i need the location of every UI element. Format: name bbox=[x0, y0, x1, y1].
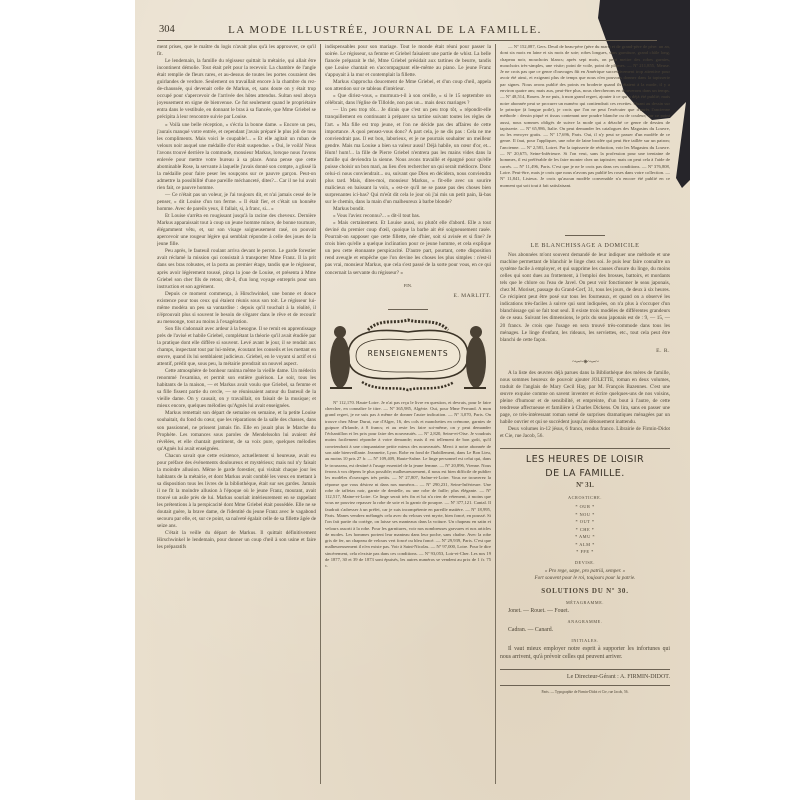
story-paragraph: Depuis ce moment commença, à Hirschwinke… bbox=[157, 291, 316, 326]
devise-french: Fort souvent pour le roi, toujours pour … bbox=[500, 575, 670, 582]
acrostiche-row: * OUT * bbox=[500, 518, 670, 526]
printer-imprint: Paris. — Typographie de Firmin-Didot et … bbox=[500, 689, 670, 696]
story-paragraph: Markus bondit. bbox=[325, 206, 491, 213]
renseignements-banner: RENSEIGNEMENTS bbox=[328, 316, 488, 394]
heures-title-line-2: DE LA FAMILLE. bbox=[500, 467, 670, 480]
acrostiche-row: * CHE * bbox=[500, 526, 670, 534]
article-heading: LE BLANCHISSAGE A DOMICILE bbox=[500, 242, 670, 249]
story-paragraph: « Vous l'aviez reconnu?... » dit-il tout… bbox=[325, 213, 491, 220]
column-1-story: ment prises, que le maître du logis n'av… bbox=[157, 44, 316, 784]
issue-number: Nº 31. bbox=[500, 482, 670, 489]
story-paragraph: Peu après, le fauteuil roulant arriva de… bbox=[157, 248, 316, 290]
article-body: Nos abonnées m'ont souvent demandé de le… bbox=[500, 252, 670, 344]
column-2-story: indispensables pour son mariage. Tout le… bbox=[325, 44, 491, 784]
story-paragraph: indispensables pour son mariage. Tout le… bbox=[325, 44, 491, 79]
story-paragraph: Cette atmosphère de bonheur ranima même … bbox=[157, 368, 316, 410]
story-paragraph: Le lendemain, la famille du régisseur qu… bbox=[157, 58, 316, 121]
story-paragraph: Et Louise s'arrêta en rougissant jusqu'à… bbox=[157, 213, 316, 248]
ornament-divider-icon: ~∽~⁕~∽~ bbox=[500, 359, 670, 366]
story-paragraph: « Voilà une belle réception, » s'écria l… bbox=[157, 122, 316, 192]
story-paragraph: Markus remettait son départ de semaine e… bbox=[157, 410, 316, 452]
anagramme-answer: Cadran. — Canard. bbox=[500, 627, 670, 634]
devise-label: DEVISE. bbox=[500, 559, 670, 566]
story-paragraph: — Un peu trop tôt... Je dirais que c'est… bbox=[325, 107, 491, 206]
column-divider bbox=[495, 44, 496, 784]
acrostiche-grid: * OUR * * NOU * * OUT * * CHE * * AMU * … bbox=[500, 503, 670, 556]
story-paragraph: Son fils s'adonnait avec ardeur à la bes… bbox=[157, 326, 316, 368]
section-rule bbox=[388, 309, 428, 310]
header-rule bbox=[157, 40, 657, 41]
story-paragraph: C'était la veille du départ de Markus. I… bbox=[157, 530, 316, 551]
director-signature: Le Directeur-Gérant : A. FIRMIN-DIDOT. bbox=[500, 674, 670, 681]
metagramme-label: MÉTAGRAMME. bbox=[500, 599, 670, 606]
author-signature: E. MARLITT. bbox=[325, 293, 491, 300]
acrostiche-row: * ALM * bbox=[500, 541, 670, 549]
article-signature: E. R. bbox=[500, 348, 670, 355]
acrostiche-row: * NOU * bbox=[500, 511, 670, 519]
running-head: LA MODE ILLUSTRÉE, JOURNAL DE LA FAMILLE… bbox=[155, 24, 685, 36]
bibliotheque-notice: A la liste des œuvres déjà parues dans l… bbox=[500, 370, 670, 426]
anagramme-label: ANAGRAMME. bbox=[500, 618, 670, 625]
section-title: RENSEIGNEMENTS bbox=[328, 350, 488, 357]
acrostiche-row: * FFE * bbox=[500, 548, 670, 556]
column-divider bbox=[320, 44, 321, 784]
story-end-mark: FIN. bbox=[325, 282, 491, 289]
story-paragraph: — Ce n'était pas un voleur, je l'ai touj… bbox=[157, 192, 316, 213]
story-paragraph: Chacun savait que cette existence, actue… bbox=[157, 453, 316, 531]
devise-latin: « Pro rege, sæpe, pro patriâ, semper. » bbox=[500, 568, 670, 575]
section-rule bbox=[500, 685, 670, 686]
page-header: 304 LA MODE ILLUSTRÉE, JOURNAL DE LA FAM… bbox=[155, 23, 685, 39]
metagramme-answer: Jonet. — Rouet. — Fouet. bbox=[500, 608, 670, 615]
acrostiche-row: * AMU * bbox=[500, 533, 670, 541]
column-3: — Nº 152,087, Gers. Deuil de beau-père (… bbox=[500, 44, 670, 784]
heures-title-line-1: LES HEURES DE LOISIR bbox=[500, 453, 670, 466]
section-rule bbox=[565, 235, 605, 236]
bibliotheque-price: Deux volumes in-12 jésus, 6 francs, rend… bbox=[500, 426, 670, 440]
story-paragraph: « Mais certainement. Et Louise aussi, ou… bbox=[325, 220, 491, 276]
section-rule bbox=[500, 669, 670, 670]
correspondence-text: — Nº 152,087, Gers. Deuil de beau-père (… bbox=[500, 44, 670, 226]
story-paragraph: « Que diriez-vous, » murmura-t-il à son … bbox=[325, 93, 491, 107]
initiales-answer: Il vaut mieux employer notre esprit à su… bbox=[500, 646, 670, 661]
renseignements-text: Nº 112,170. Haute-Loire. Je n'ai pas reç… bbox=[325, 400, 491, 570]
solutions-heading: SOLUTIONS DU Nº 30. bbox=[500, 588, 670, 595]
story-paragraph: ment prises, que le maître du logis n'av… bbox=[157, 44, 316, 58]
initiales-label: INITIALES. bbox=[500, 637, 670, 644]
section-rule bbox=[500, 448, 670, 449]
acrostiche-row: * OUR * bbox=[500, 503, 670, 511]
story-paragraph: Markus s'approcha doucement de Mme Grieb… bbox=[325, 79, 491, 93]
acrostiche-label: ACROSTICHE. bbox=[500, 494, 670, 501]
